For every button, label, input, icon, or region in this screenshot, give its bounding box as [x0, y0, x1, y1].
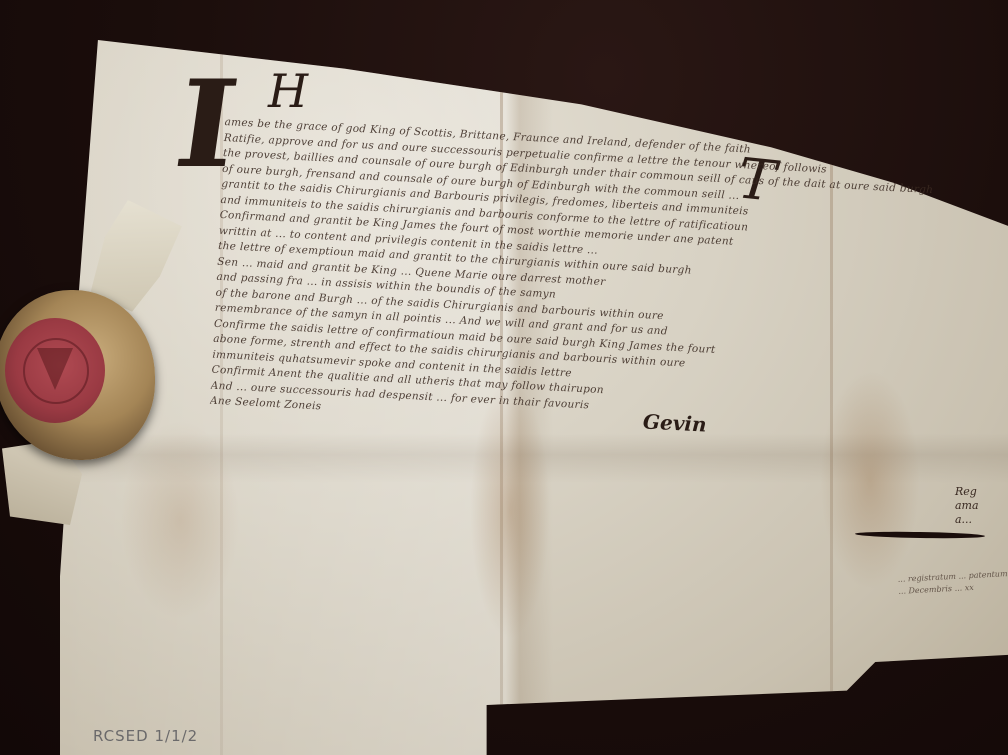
handwritten-text-block: ames be the grace of god King of Scottis…	[210, 115, 984, 449]
water-stain	[120, 420, 240, 620]
wax-seal	[0, 290, 155, 460]
endorsement-line: ama	[955, 499, 979, 513]
red-wax-impression	[5, 318, 105, 423]
archive-reference-label: RCSED 1/1/2	[93, 727, 198, 745]
endorsement-line: a...	[955, 513, 979, 527]
header-initial: H	[268, 64, 308, 118]
margin-endorsement: Reg ama a...	[955, 485, 979, 527]
signature-flourish: Gevin	[642, 409, 707, 436]
endorsement-line: Reg	[955, 485, 979, 499]
